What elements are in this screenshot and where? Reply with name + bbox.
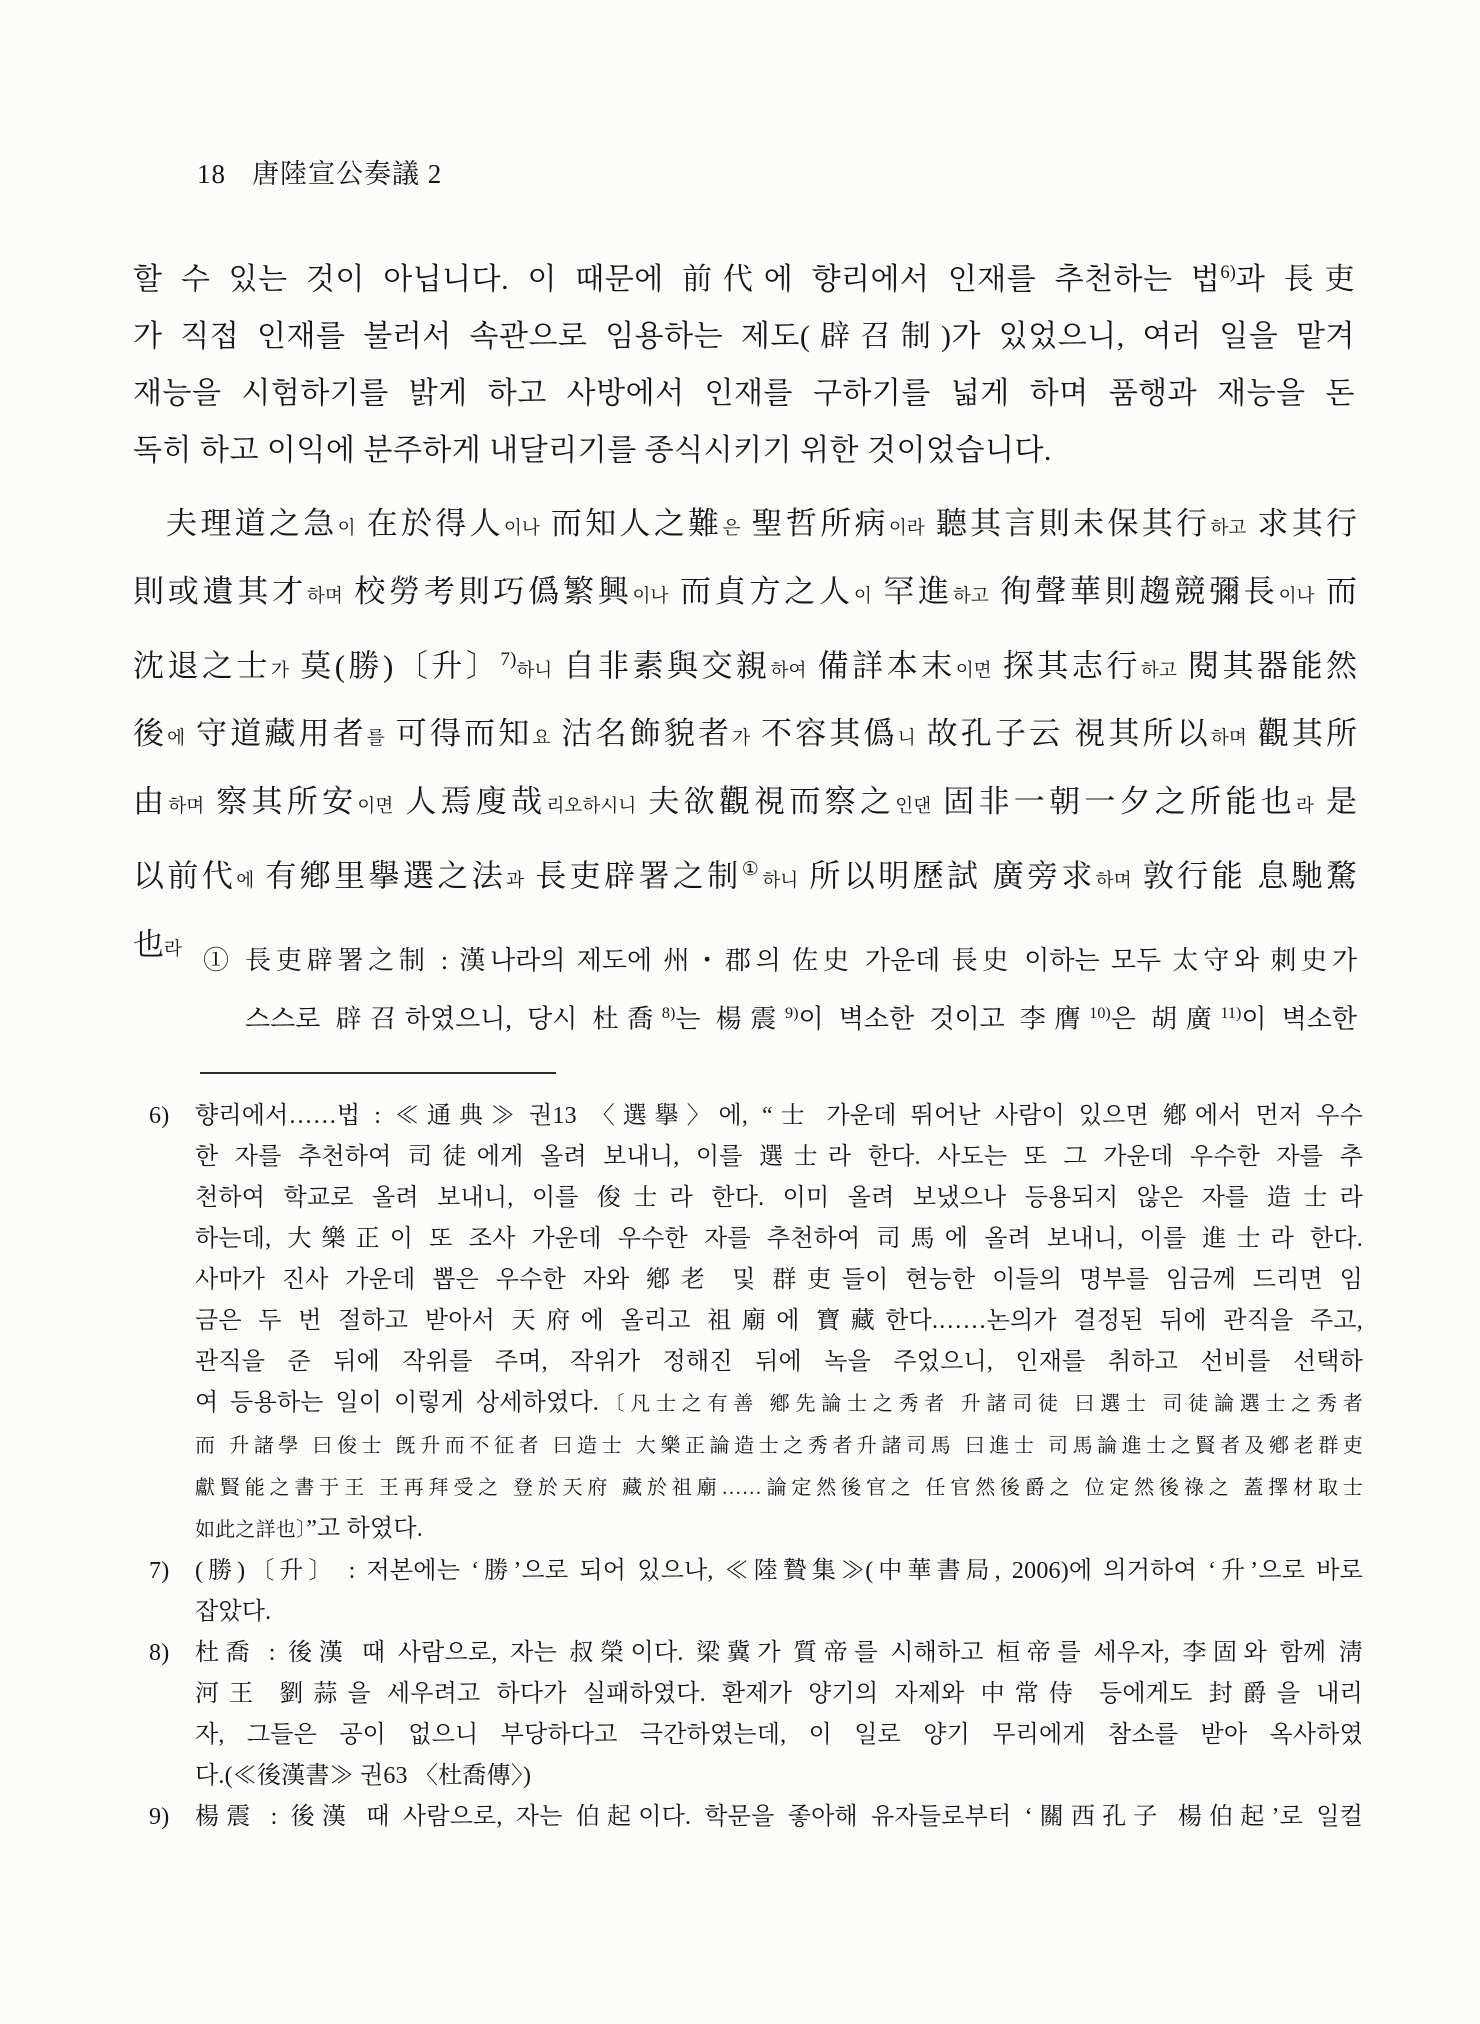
text-line: 재능을 시험하기를 밝게 하고 사방에서 인재를 구하기를 넓게 하며 품행과 … bbox=[133, 365, 1355, 422]
footnote-reference: 9) bbox=[785, 1005, 798, 1022]
text-run: 여 등용하는 일이 이렇게 상세하였다. bbox=[195, 1390, 599, 1416]
footnote: 9)楊震 : 後漢 때 사람으로, 자는 伯起이다. 학문을 좋아해 유자들로부… bbox=[133, 1797, 1363, 1838]
text-run: 後 bbox=[133, 716, 167, 751]
text-run: 可得而知 bbox=[385, 716, 533, 751]
text-run: 다.(≪後漢書≫ 권63 〈杜喬傳〉) bbox=[195, 1763, 531, 1789]
text-run: 금은 두 번 절하고 받아서 天府에 올리고 祖廟에 寶藏한다.……논의가 결정… bbox=[195, 1308, 1363, 1334]
text-run: 備詳本末 bbox=[806, 648, 955, 683]
footnote-separator bbox=[200, 1072, 556, 1074]
footnote-number: 8) bbox=[149, 1633, 169, 1674]
text-run: 이 벽소한 bbox=[1241, 1005, 1357, 1034]
text-run: 故孔子云 視其所以 bbox=[916, 716, 1211, 751]
text-run: 探其志行 bbox=[992, 648, 1141, 683]
text-run: 如此之詳也〕 bbox=[195, 1519, 306, 1541]
text-run: 人焉廋哉 bbox=[393, 784, 546, 819]
text-line: 沈退之士가 莫(勝)〔升〕7)하니 自非素與交親하여 備詳本末이면 探其志行하고… bbox=[133, 628, 1357, 702]
text-run: 하고 bbox=[1141, 660, 1177, 681]
scanned-book-page: 18唐陸宣公奏議 2 할 수 있는 것이 아닙니다. 이 때문에 前代에 향리에… bbox=[0, 0, 1480, 2024]
text-line: 後에 守道藏用者를 可得而知요 沽名飾貌者가 不容其僞니 故孔子云 視其所以하며… bbox=[133, 702, 1357, 770]
text-line: 하는데, 大樂正이 또 조사 가운데 우수한 자를 추천하여 司馬에 올려 보내… bbox=[195, 1219, 1363, 1260]
text-run: 固非一朝一夕之所能也 bbox=[931, 784, 1296, 819]
text-run: 에 bbox=[167, 728, 185, 749]
text-run: 長吏辟署之制 bbox=[524, 859, 742, 894]
footnote: 8)杜喬 : 後漢 때 사람으로, 자는 叔榮이다. 梁冀가 質帝를 시해하고 … bbox=[133, 1633, 1363, 1797]
translation-paragraph: 할 수 있는 것이 아닙니다. 이 때문에 前代에 향리에서 인재를 추천하는 … bbox=[133, 244, 1355, 479]
text-run: 자, 그들은 공이 없으니 부당하다고 극간하였는데, 이 일로 양기 무리에게… bbox=[195, 1722, 1363, 1748]
text-run: 이라 bbox=[889, 518, 925, 539]
text-line: 夫理道之急이 在於得人이나 而知人之難은 聖哲所病이라 聽其言則未保其行하고 求… bbox=[133, 492, 1357, 560]
book-title: 唐陸宣公奏議 2 bbox=[252, 159, 442, 189]
text-line: 스스로 辟召하였으니, 당시 杜喬8)는 楊震9)이 벽소한 것이고 李膺10)… bbox=[133, 987, 1357, 1046]
text-run: 自非素與交親 bbox=[552, 648, 770, 683]
text-run: 리오하시니 bbox=[546, 796, 636, 817]
text-run: 聽其言則未保其行 bbox=[925, 506, 1211, 541]
text-run: 를 bbox=[367, 728, 385, 749]
text-run: 한 자를 추천하여 司徒에게 올려 보내니, 이를 選士라 한다. 사도는 또 … bbox=[195, 1144, 1363, 1170]
text-line: 獻賢能之書于王 王再拜受之 登於天府 藏於祖廟……論定然後官之 任官然後爵之 位… bbox=[195, 1467, 1363, 1509]
text-run: 독히 하고 이익에 분주하게 내달리기를 종식시키기 위한 것이었습니다. bbox=[133, 434, 1052, 467]
text-run: 是 bbox=[1314, 784, 1357, 819]
text-run: 이 벽소한 것이고 李膺 bbox=[798, 1005, 1089, 1034]
text-run: 罕進 bbox=[872, 574, 953, 609]
text-line: (勝)〔升〕 : 저본에는 ‘勝’으로 되어 있으나, ≪陸贄集≫(中華書局, … bbox=[195, 1551, 1363, 1592]
text-line: 사마가 진사 가운데 뽑은 우수한 자와 鄕老 및 群吏들이 현능한 이들의 명… bbox=[195, 1260, 1363, 1301]
text-run: 敦行能 息馳騖 bbox=[1132, 859, 1357, 894]
text-run: 沈退之士 bbox=[133, 648, 271, 683]
text-run: 하며 bbox=[1096, 871, 1132, 892]
text-run: 은 bbox=[723, 518, 741, 539]
hanmun-passage: 夫理道之急이 在於得人이나 而知人之難은 聖哲所病이라 聽其言則未保其行하고 求… bbox=[133, 492, 1357, 981]
text-run: 할 수 있는 것이 아닙니다. 이 때문에 前代에 향리에서 인재를 추천하는 … bbox=[133, 263, 1220, 296]
text-run: ”고 하였다. bbox=[306, 1516, 423, 1542]
text-run: 요 bbox=[532, 728, 550, 749]
text-line: 할 수 있는 것이 아닙니다. 이 때문에 前代에 향리에서 인재를 추천하는 … bbox=[133, 244, 1355, 308]
text-run: 는 楊震 bbox=[675, 1005, 785, 1034]
footnote: 7)(勝)〔升〕 : 저본에는 ‘勝’으로 되어 있으나, ≪陸贄集≫(中華書局… bbox=[133, 1551, 1363, 1633]
text-line: 由하며 察其所安이면 人焉廋哉리오하시니 夫欲觀視而察之인댄 固非一朝一夕之所能… bbox=[133, 770, 1357, 838]
text-line: 관직을 준 뒤에 작위를 주며, 작위가 정해진 뒤에 녹을 주었으니, 인재를… bbox=[195, 1342, 1363, 1383]
text-line: 다.(≪後漢書≫ 권63 〈杜喬傳〉) bbox=[195, 1756, 1363, 1797]
text-run: 하고 bbox=[1210, 518, 1246, 539]
text-run: 有鄕里擧選之法 bbox=[254, 859, 506, 894]
text-run: 이나 bbox=[633, 586, 669, 607]
text-line: 則或遺其才하며 校勞考則巧僞繁興이나 而貞方之人이 罕進하고 徇聲華則趨競彌長이… bbox=[133, 560, 1357, 628]
text-run: 所以明歷試 廣旁求 bbox=[798, 859, 1096, 894]
text-run: 不容其僞 bbox=[750, 716, 898, 751]
text-run: 하고 bbox=[953, 586, 989, 607]
text-line: 독히 하고 이익에 분주하게 내달리기를 종식시키기 위한 것이었습니다. bbox=[133, 422, 1355, 479]
footnote-number: 9) bbox=[149, 1797, 169, 1838]
text-run: 천하여 학교로 올려 보내니, 이를 俊士라 한다. 이미 올려 보냈으나 등용… bbox=[195, 1185, 1363, 1211]
text-line: ① 長吏辟署之制 : 漢나라의 제도에 州・郡의 佐史 가운데 長史 이하는 모… bbox=[133, 934, 1357, 987]
text-run: 求其行 bbox=[1246, 506, 1357, 541]
text-run: 沽名飾貌者 bbox=[550, 716, 732, 751]
text-run: 이면 bbox=[956, 660, 992, 681]
text-run: 而 bbox=[1315, 574, 1358, 609]
text-run: ① 長吏辟署之制 : 漢나라의 제도에 州・郡의 佐史 가운데 長史 이하는 모… bbox=[203, 946, 1357, 975]
text-run: 河王 劉蒜을 세우려고 하다가 실패하였다. 환제가 양기의 자제와 中常侍 등… bbox=[195, 1681, 1363, 1707]
text-line: 楊震 : 後漢 때 사람으로, 자는 伯起이다. 학문을 좋아해 유자들로부터 … bbox=[195, 1797, 1363, 1838]
text-run: 인댄 bbox=[895, 796, 931, 817]
text-line: 잡았다. bbox=[195, 1592, 1363, 1633]
text-line: 杜喬 : 後漢 때 사람으로, 자는 叔榮이다. 梁冀가 質帝를 시해하고 桓帝… bbox=[195, 1633, 1363, 1674]
text-run: 莫(勝)〔升〕 bbox=[289, 648, 500, 683]
text-run: 니 bbox=[898, 728, 916, 749]
text-run: 에 bbox=[236, 871, 254, 892]
text-run: (勝)〔升〕 : 저본에는 ‘勝’으로 되어 있으나, ≪陸贄集≫(中華書局, … bbox=[195, 1558, 1363, 1584]
text-run: 이 bbox=[338, 518, 356, 539]
text-run: 하며 bbox=[1211, 728, 1247, 749]
footnote-reference: 6) bbox=[1220, 262, 1236, 283]
text-run: 在於得人 bbox=[356, 506, 504, 541]
footnote-reference: 7) bbox=[500, 649, 516, 670]
text-line: 여 등용하는 일이 이렇게 상세하였다.〔凡士之有善 鄕先論士之秀者 升諸司徒 … bbox=[195, 1383, 1363, 1425]
text-line: 자, 그들은 공이 없으니 부당하다고 극간하였는데, 이 일로 양기 무리에게… bbox=[195, 1715, 1363, 1756]
text-line: 河王 劉蒜을 세우려고 하다가 실패하였다. 환제가 양기의 자제와 中常侍 등… bbox=[195, 1674, 1363, 1715]
text-run: 향리에서……법 : ≪通典≫ 권13 〈選擧〉에, “士 가운데 뛰어난 사람이… bbox=[195, 1103, 1363, 1129]
text-run: 하며 bbox=[307, 586, 343, 607]
text-run: 재능을 시험하기를 밝게 하고 사방에서 인재를 구하기를 넓게 하며 품행과 … bbox=[133, 377, 1355, 410]
text-run: 하며 bbox=[168, 796, 204, 817]
text-run: 가 bbox=[271, 660, 289, 681]
text-line: 향리에서……법 : ≪通典≫ 권13 〈選擧〉에, “士 가운데 뛰어난 사람이… bbox=[195, 1096, 1363, 1137]
text-run: 夫欲觀視而察之 bbox=[636, 784, 895, 819]
text-run: 스스로 辟召하였으니, 당시 杜喬 bbox=[245, 1005, 662, 1034]
text-run: 하는데, 大樂正이 또 조사 가운데 우수한 자를 추천하여 司馬에 올려 보내… bbox=[195, 1226, 1363, 1252]
text-run: 하여 bbox=[771, 660, 807, 681]
text-run: 觀其所 bbox=[1247, 716, 1357, 751]
text-run: 라 bbox=[1296, 796, 1314, 817]
text-run: 獻賢能之書于王 王再拜受之 登於天府 藏於祖廟……論定然後官之 任官然後爵之 位… bbox=[195, 1477, 1363, 1499]
footnote-reference: 10) bbox=[1089, 1005, 1110, 1022]
footnote: 6)향리에서……법 : ≪通典≫ 권13 〈選擧〉에, “士 가운데 뛰어난 사… bbox=[133, 1096, 1363, 1551]
text-run: 은 胡廣 bbox=[1111, 1005, 1221, 1034]
page-number: 18 bbox=[197, 159, 226, 189]
annotation-note: ① 長吏辟署之制 : 漢나라의 제도에 州・郡의 佐史 가운데 長史 이하는 모… bbox=[133, 934, 1357, 1046]
text-run: 이 bbox=[854, 586, 872, 607]
text-run: 徇聲華則趨競彌長 bbox=[989, 574, 1279, 609]
text-run: 과 bbox=[506, 871, 524, 892]
text-run: 하니 bbox=[516, 660, 552, 681]
text-run: 校勞考則巧僞繁興 bbox=[343, 574, 633, 609]
text-run: 가 직접 인재를 불러서 속관으로 임용하는 제도(辟召制)가 있었으니, 여러… bbox=[133, 320, 1355, 353]
footnote-reference: 11) bbox=[1220, 1005, 1241, 1022]
text-run: 守道藏用者 bbox=[185, 716, 367, 751]
footnote-number: 6) bbox=[149, 1096, 169, 1137]
footnote-reference: 8) bbox=[662, 1005, 675, 1022]
text-run: 而知人之難 bbox=[540, 506, 723, 541]
text-line: 천하여 학교로 올려 보내니, 이를 俊士라 한다. 이미 올려 보냈으나 등용… bbox=[195, 1178, 1363, 1219]
text-run: 과 長吏 bbox=[1236, 263, 1355, 296]
text-run: 이나 bbox=[1279, 586, 1315, 607]
footnote-reference: ① bbox=[742, 859, 763, 880]
text-line: 而 升諸學 曰俊士 旣升而不征者 曰造士 大樂正論造士之秀者升諸司馬 曰進士 司… bbox=[195, 1425, 1363, 1467]
text-run: 관직을 준 뒤에 작위를 주며, 작위가 정해진 뒤에 녹을 주었으니, 인재를… bbox=[195, 1349, 1363, 1375]
text-run: 이면 bbox=[357, 796, 393, 817]
text-run: 以前代 bbox=[133, 859, 236, 894]
text-run: 楊震 : 後漢 때 사람으로, 자는 伯起이다. 학문을 좋아해 유자들로부터 … bbox=[195, 1804, 1363, 1830]
text-line: 以前代에 有鄕里擧選之法과 長吏辟署之制①하니 所以明歷試 廣旁求하며 敦行能 … bbox=[133, 838, 1357, 912]
text-run: 杜喬 : 後漢 때 사람으로, 자는 叔榮이다. 梁冀가 質帝를 시해하고 桓帝… bbox=[195, 1640, 1363, 1666]
text-line: 한 자를 추천하여 司徒에게 올려 보내니, 이를 選士라 한다. 사도는 또 … bbox=[195, 1137, 1363, 1178]
text-run: 而貞方之人 bbox=[668, 574, 853, 609]
text-run: 夫理道之急 bbox=[166, 506, 338, 541]
page-header: 18唐陸宣公奏議 2 bbox=[197, 152, 442, 191]
text-run: 察其所安 bbox=[204, 784, 357, 819]
text-run: 而 升諸學 曰俊士 旣升而不征者 曰造士 大樂正論造士之秀者升諸司馬 曰進士 司… bbox=[195, 1435, 1363, 1457]
text-run: 由 bbox=[133, 784, 168, 819]
text-line: 가 직접 인재를 불러서 속관으로 임용하는 제도(辟召制)가 있었으니, 여러… bbox=[133, 308, 1355, 365]
text-run: 사마가 진사 가운데 뽑은 우수한 자와 鄕老 및 群吏들이 현능한 이들의 명… bbox=[195, 1267, 1363, 1293]
footnotes-section: 6)향리에서……법 : ≪通典≫ 권13 〈選擧〉에, “士 가운데 뛰어난 사… bbox=[133, 1096, 1363, 1838]
text-run: 聖哲所病 bbox=[740, 506, 888, 541]
text-run: 閱其器能然 bbox=[1177, 648, 1357, 683]
text-run: 이나 bbox=[504, 518, 540, 539]
text-run: 則或遺其才 bbox=[133, 574, 307, 609]
text-run: 하니 bbox=[762, 871, 798, 892]
footnote-number: 7) bbox=[149, 1551, 169, 1592]
text-line: 如此之詳也〕”고 하였다. bbox=[195, 1509, 1363, 1551]
text-run: 〔凡士之有善 鄕先論士之秀者 升諸司徒 曰選士 司徒論選士之秀者 bbox=[599, 1393, 1363, 1415]
text-run: 가 bbox=[732, 728, 750, 749]
text-line: 금은 두 번 절하고 받아서 天府에 올리고 祖廟에 寶藏한다.……논의가 결정… bbox=[195, 1301, 1363, 1342]
text-run: 잡았다. bbox=[195, 1599, 271, 1625]
